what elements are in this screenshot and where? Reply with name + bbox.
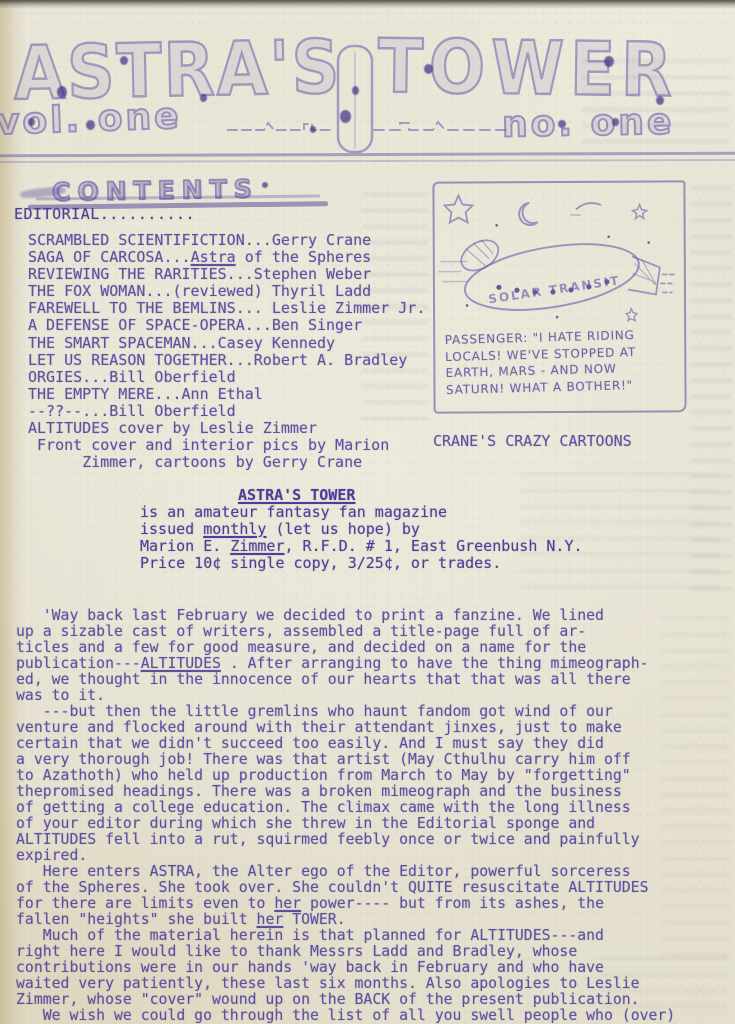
- ink-blot: [424, 64, 433, 74]
- colophon-line: Marion E. Zimmer, R.F.D. # 1, East Green…: [140, 538, 583, 555]
- colophon-line: is an amateur fantasy fan magazine: [140, 504, 583, 521]
- ink-blot: [262, 182, 268, 188]
- editorial-paragraph: ---but then the little gremlins who haun…: [16, 704, 728, 864]
- contents-item: SCRAMBLED SCIENTIFICTION...Gerry Crane: [28, 232, 425, 249]
- contents-item: LET US REASON TOGETHER...Robert A. Bradl…: [28, 352, 425, 369]
- cartoon-caption: PASSENGER: "I HATE RIDING LOCALS! WE'VE …: [445, 326, 677, 398]
- contents-item: THE EMPTY MERE...Ann Ethal: [28, 386, 425, 403]
- contents-item: FAREWELL TO THE BEMLINS... Leslie Zimmer…: [28, 300, 425, 317]
- colophon: ASTRA'S TOWER is an amateur fantasy fan …: [140, 487, 583, 572]
- ink-blot: [200, 94, 207, 102]
- contents-item: Front cover and interior pics by Marion: [28, 437, 425, 454]
- contents-item: --??--...Bill Oberfield: [28, 403, 425, 420]
- editorial-body: 'Way back last February we decided to pr…: [16, 608, 728, 1024]
- contents-item: ALTITUDES cover by Leslie Zimmer: [28, 420, 425, 437]
- ink-blot: [558, 120, 566, 128]
- tower-drawing: [222, 42, 532, 160]
- colophon-lines: is an amateur fantasy fan magazineissued…: [140, 504, 583, 572]
- masthead-rule: [0, 159, 735, 163]
- contents-item: THE SMART SPACEMAN...Casey Kennedy: [28, 335, 425, 352]
- editorial-heading: EDITORIAL..........: [14, 205, 195, 223]
- ink-blot: [604, 56, 614, 67]
- editorial-paragraph: Here enters ASTRA, the Alter ego of the …: [16, 864, 728, 928]
- ink-blot: [28, 118, 35, 126]
- contents-item: A DEFENSE OF SPACE-OPERA...Ben Singer: [28, 317, 425, 334]
- ink-blot: [120, 56, 128, 65]
- contents-item: ORGIES...Bill Oberfield: [28, 369, 425, 386]
- colophon-line: issued monthly (let us hope) by: [140, 521, 583, 538]
- colophon-title: ASTRA'S TOWER: [238, 487, 355, 504]
- page-edge: [0, 0, 735, 9]
- ink-blot: [86, 120, 95, 130]
- contents-list: SCRAMBLED SCIENTIFICTION...Gerry CraneSA…: [28, 232, 425, 471]
- ink-blot: [310, 126, 316, 133]
- contents-item: SAGA OF CARCOSA...Astra of the Spheres: [28, 249, 425, 266]
- fanzine-page: ASTRA'S TOWER vol. one no. one CONTENTS …: [0, 0, 735, 1024]
- ink-blot: [352, 86, 359, 95]
- contents-item: THE FOX WOMAN...(reviewed) Thyril Ladd: [28, 283, 425, 300]
- ink-blot: [612, 118, 619, 126]
- ink-blot: [57, 86, 67, 98]
- issue-label: no. one: [502, 104, 675, 143]
- colophon-line: Price 10¢ single copy, 3/25¢, or trades.: [140, 555, 583, 572]
- contents-item: Zimmer, cartoons by Gerry Crane: [28, 454, 425, 471]
- editorial-paragraph: 'Way back last February we decided to pr…: [16, 608, 728, 704]
- ink-blot: [656, 96, 664, 105]
- rocket-cartoon: SOLAR TRANSIT: [436, 184, 677, 325]
- contents-item: REVIEWING THE RARITIES...Stephen Weber: [28, 266, 425, 283]
- cartoon-credit: CRANE'S CRAZY CARTOONS: [433, 432, 632, 450]
- ink-blot: [340, 110, 351, 123]
- cartoon-panel: SOLAR TRANSIT PASSENGER: "I HATE RIDING …: [432, 180, 686, 413]
- editorial-paragraph: Much of the material herein is that plan…: [16, 928, 728, 1024]
- rocket-label: SOLAR TRANSIT: [487, 273, 621, 306]
